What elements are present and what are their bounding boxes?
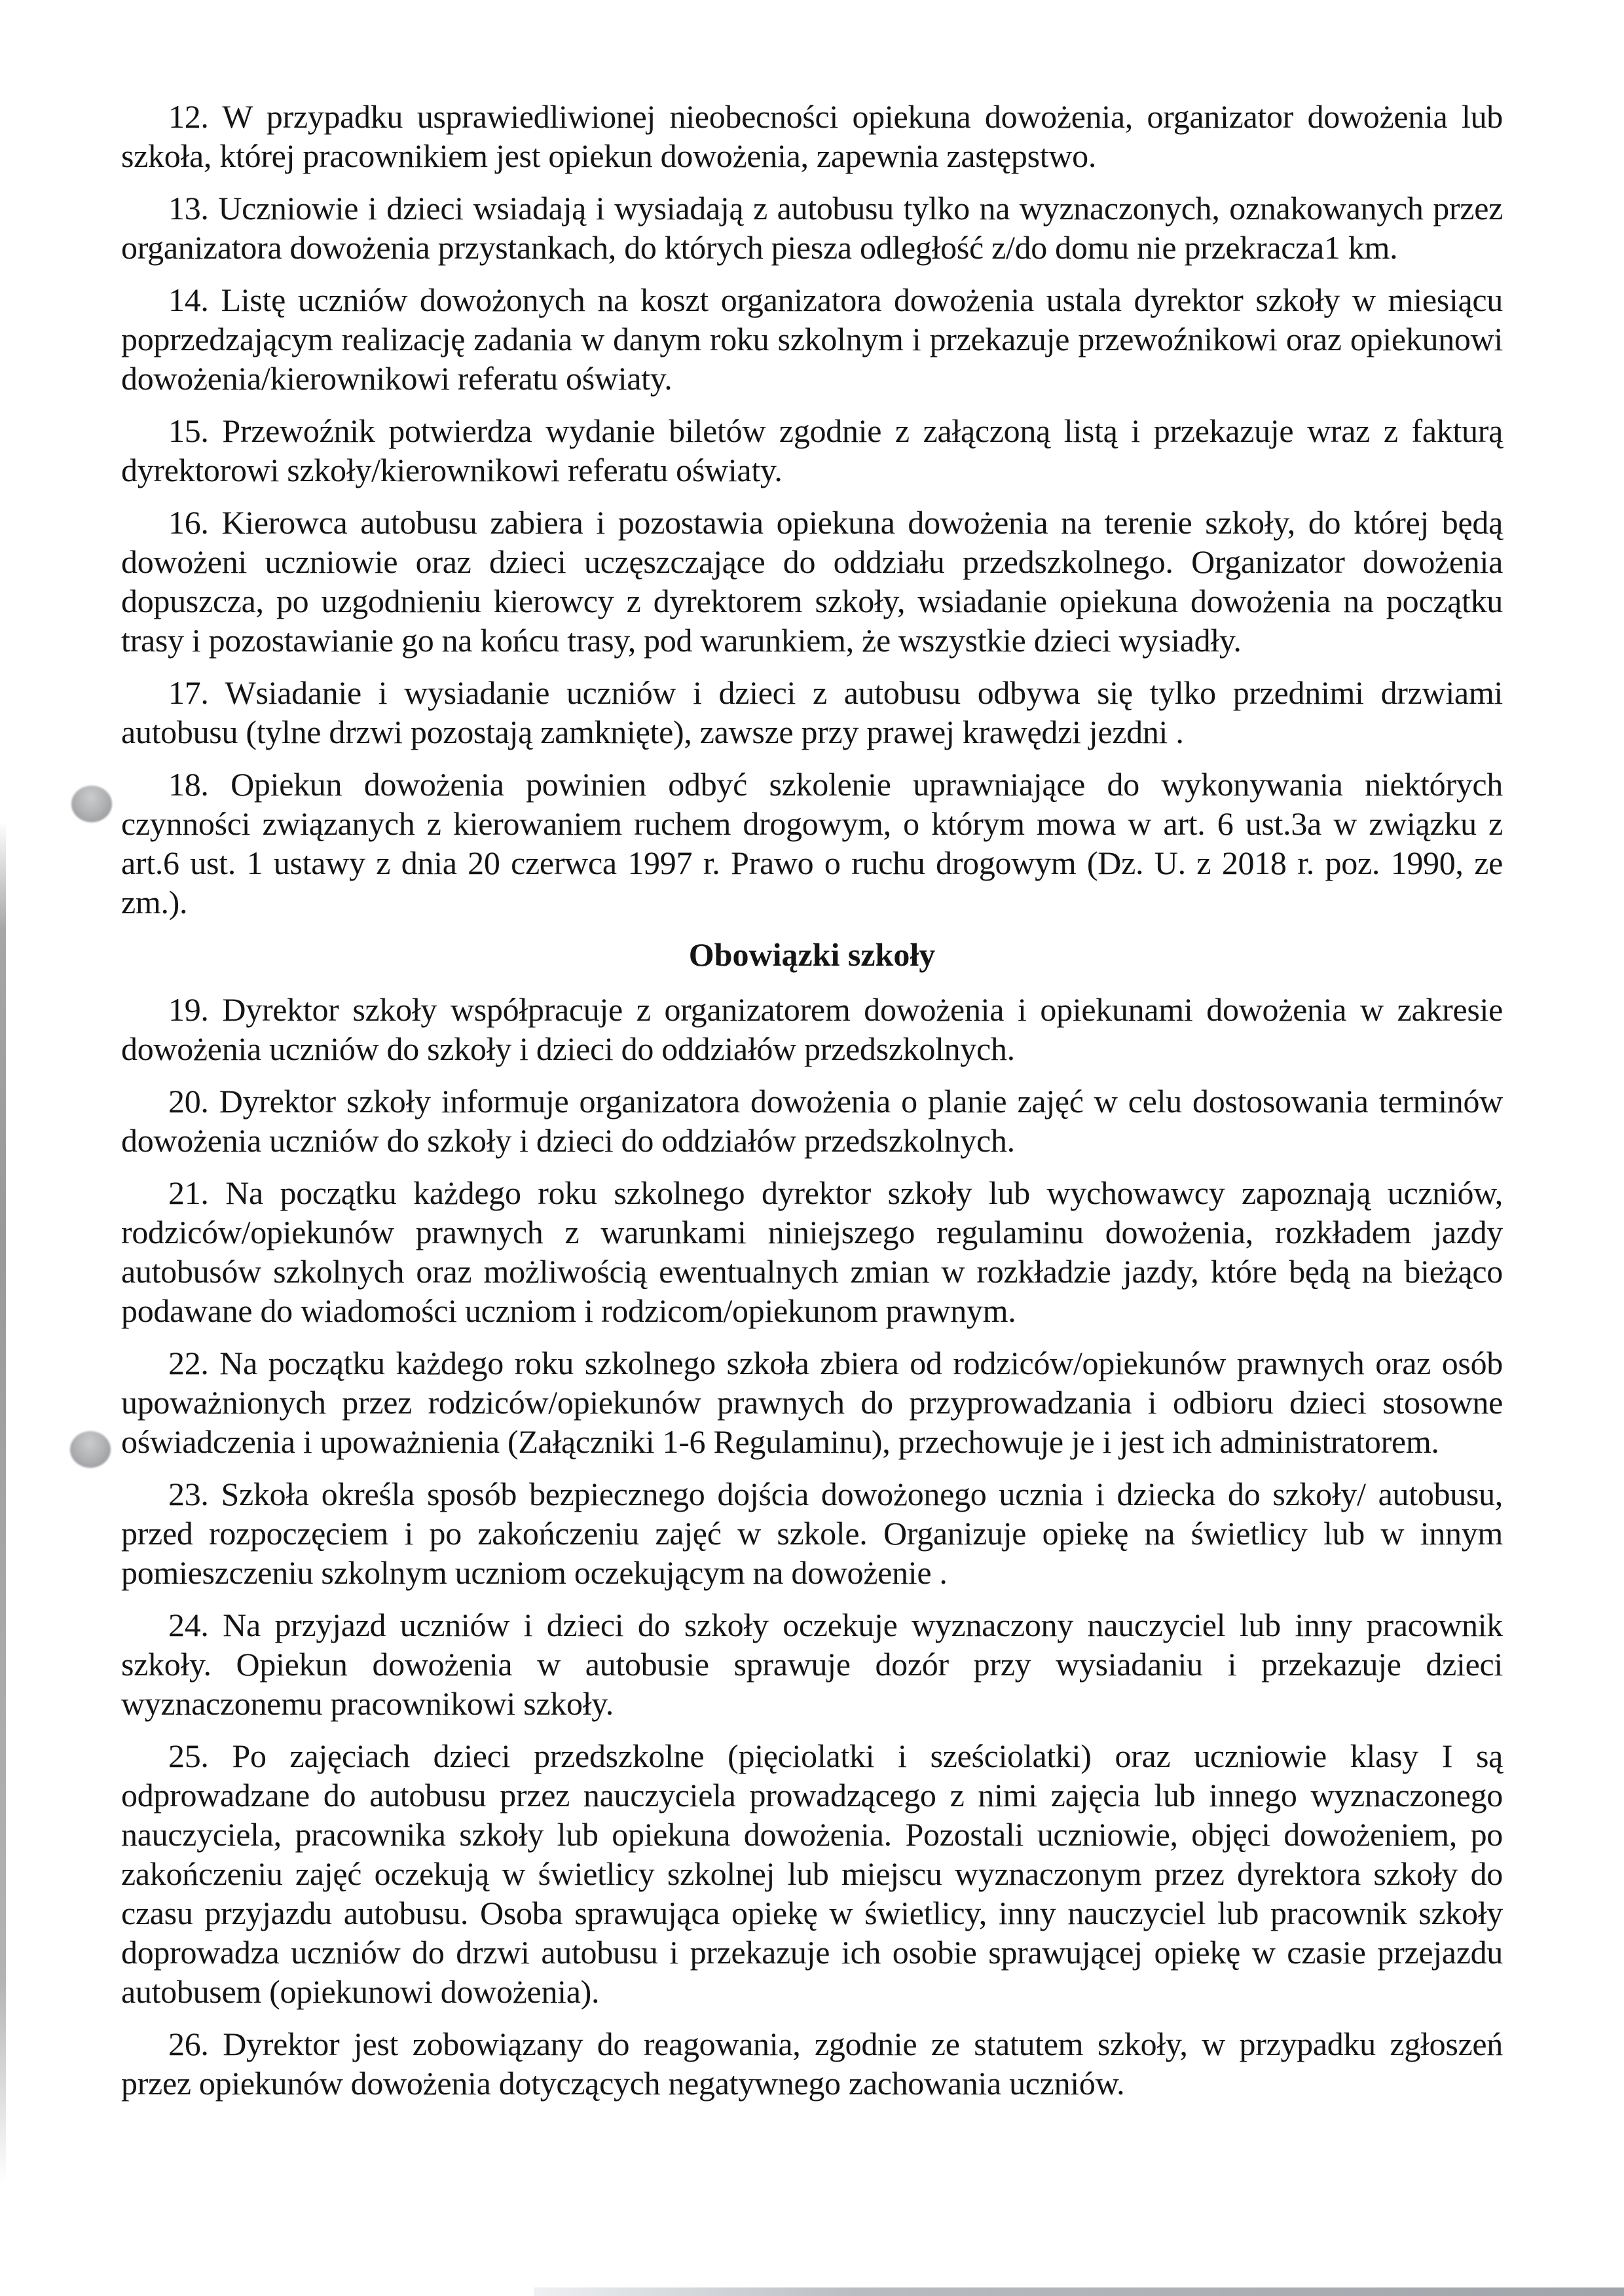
paragraph-25: 25. Po zajęciach dzieci przedszkolne (pi… (121, 1736, 1503, 2011)
paragraph-12: 12. W przypadku usprawiedliwionej nieobe… (121, 97, 1503, 175)
paragraph-13: 13. Uczniowie i dzieci wsiadają i wysiad… (121, 189, 1503, 267)
paragraph-18: 18. Opiekun dowożenia powinien odbyć szk… (121, 765, 1503, 922)
paragraph-16: 16. Kierowca autobusu zabiera i pozostaw… (121, 503, 1503, 660)
paragraph-20: 20. Dyrektor szkoły informuje organizato… (121, 1082, 1503, 1160)
section-heading: Obowiązki szkoły (121, 935, 1503, 974)
paragraph-23: 23. Szkoła określa sposób bezpiecznego d… (121, 1474, 1503, 1592)
paragraph-26: 26. Dyrektor jest zobowiązany do reagowa… (121, 2024, 1503, 2103)
scan-edge-bottom-shadow (534, 2287, 1624, 2296)
paragraph-22: 22. Na początku każdego roku szkolnego s… (121, 1343, 1503, 1461)
paragraph-15: 15. Przewoźnik potwierdza wydanie biletó… (121, 411, 1503, 490)
paragraph-21: 21. Na początku każdego roku szkolnego d… (121, 1173, 1503, 1330)
hole-punch-bottom (70, 1431, 111, 1468)
hole-punch-top (71, 786, 112, 822)
paragraph-19: 19. Dyrektor szkoły współpracuje z organ… (121, 990, 1503, 1068)
paragraph-14: 14. Listę uczniów dowożonych na koszt or… (121, 280, 1503, 398)
document-body: 12. W przypadku usprawiedliwionej nieobe… (121, 97, 1503, 2116)
paragraph-17: 17. Wsiadanie i wysiadanie uczniów i dzi… (121, 673, 1503, 752)
scan-edge-left-shadow (0, 822, 6, 2183)
scanned-page: 12. W przypadku usprawiedliwionej nieobe… (0, 0, 1624, 2296)
paragraph-24: 24. Na przyjazd uczniów i dzieci do szko… (121, 1605, 1503, 1723)
